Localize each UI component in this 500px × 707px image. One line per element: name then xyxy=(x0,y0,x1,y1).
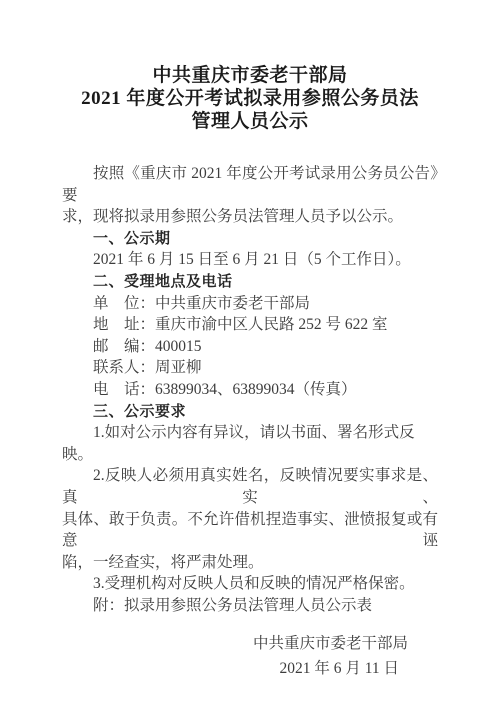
intro-line-1: 按照《重庆市 2021 年度公开考试录用公务员公告》要 xyxy=(62,163,438,206)
title-line-3: 管理人员公示 xyxy=(62,110,438,133)
title-line-2: 2021 年度公开考试拟录用参照公务员法 xyxy=(62,87,438,110)
requirement-3-line: 3.受理机构对反映人员和反映的情况严格保密。 xyxy=(62,573,438,595)
signature-date: 2021 年 6 月 11 日 xyxy=(62,656,408,681)
phone-line: 电 话：63899034、63899034（传真） xyxy=(62,379,438,401)
signature-org: 中共重庆市委老干部局 xyxy=(62,631,408,656)
title-line-1: 中共重庆市委老干部局 xyxy=(62,64,438,87)
requirement-2-line-2: 具体、敢于负责。不允许借机捏造事实、泄愤报复或有意诬 xyxy=(62,509,438,552)
section-2-heading: 二、受理地点及电话 xyxy=(62,271,438,293)
requirement-2-line-1: 2.反映人必须用真实姓名，反映情况要实事求是、真实、 xyxy=(62,465,438,508)
intro-line-2: 求，现将拟录用参照公务员法管理人员予以公示。 xyxy=(62,206,438,228)
contact-person-line: 联系人：周亚柳 xyxy=(62,357,438,379)
document-content: 中共重庆市委老干部局 2021 年度公开考试拟录用参照公务员法 管理人员公示 按… xyxy=(62,64,438,681)
document-title: 中共重庆市委老干部局 2021 年度公开考试拟录用参照公务员法 管理人员公示 xyxy=(62,64,438,133)
requirement-1-line: 1.如对公示内容有异议，请以书面、署名形式反映。 xyxy=(62,422,438,465)
section-3-heading: 三、公示要求 xyxy=(62,401,438,423)
publicity-period-line: 2021 年 6 月 15 日至 6 月 21 日（5 个工作日）。 xyxy=(62,249,438,271)
section-1-heading: 一、公示期 xyxy=(62,228,438,250)
attachment-line: 附：拟录用参照公务员法管理人员公示表 xyxy=(62,595,438,617)
postcode-line: 邮 编：400015 xyxy=(62,336,438,358)
requirement-2-line-3: 陷，一经查实，将严肃处理。 xyxy=(62,552,438,574)
document-page: 中共重庆市委老干部局 2021 年度公开考试拟录用参照公务员法 管理人员公示 按… xyxy=(0,0,500,707)
address-line: 地 址：重庆市渝中区人民路 252 号 622 室 xyxy=(62,314,438,336)
unit-line: 单 位：中共重庆市委老干部局 xyxy=(62,293,438,315)
signature-block: 中共重庆市委老干部局 2021 年 6 月 11 日 xyxy=(62,631,438,681)
